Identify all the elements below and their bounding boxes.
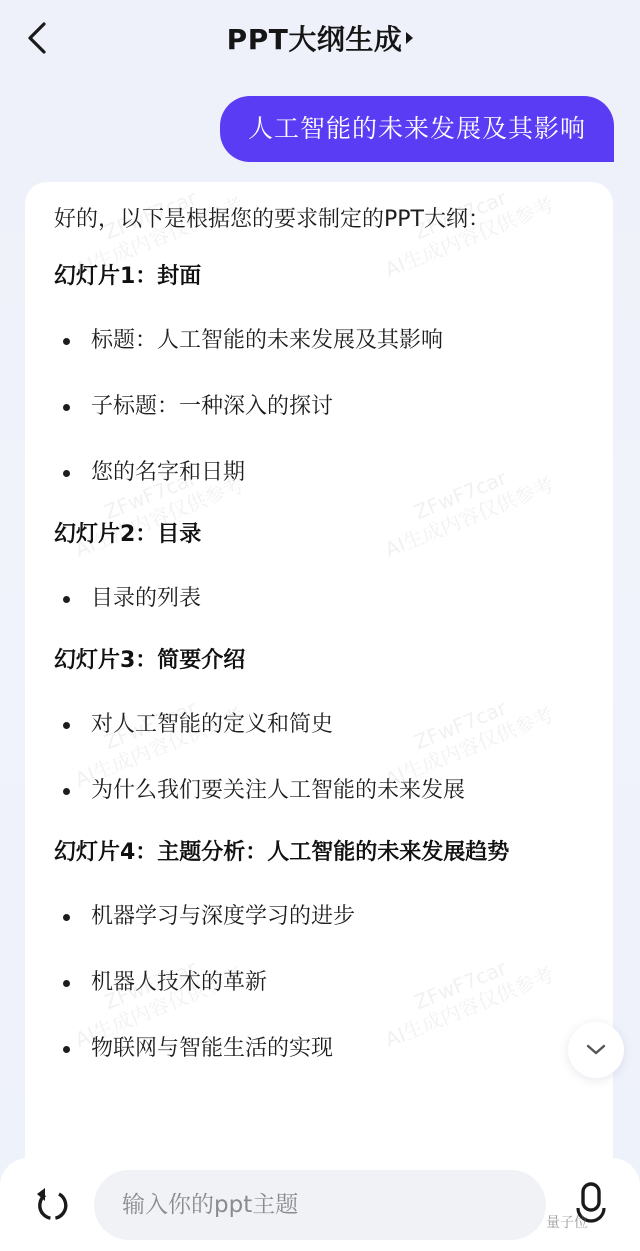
list-item: 机器人技术的革新 [54,966,594,1000]
title-dropdown[interactable]: PPT大纲生成 [0,18,640,58]
user-message-bubble: 人工智能的未来发展及其影响 [220,96,614,162]
slide-title: 幻灯片2：目录 [54,516,594,554]
list-item: 物联网与智能生活的实现 [54,1032,594,1066]
brand-watermark: 量子位 [546,1212,588,1232]
topic-input[interactable] [94,1170,546,1240]
slide-title: 幻灯片4：主题分析：人工智能的未来发展趋势 [54,834,594,872]
slide-title: 幻灯片1：封面 [54,258,594,296]
list-item: 您的名字和日期 [54,456,594,490]
list-item: 标题：人工智能的未来发展及其影响 [54,324,594,358]
list-item: 对人工智能的定义和简史 [54,708,594,742]
answer-intro: 好的，以下是根据您的要求制定的PPT大纲： [54,200,594,240]
slide-title: 幻灯片3：简要介绍 [54,642,594,680]
input-bar: 量子位 [0,1158,640,1251]
refresh-button[interactable] [32,1182,72,1226]
chevron-down-icon [584,1042,608,1058]
caret-right-icon [406,32,413,44]
answer-content: 好的，以下是根据您的要求制定的PPT大纲： 幻灯片1：封面 标题：人工智能的未来… [54,200,594,1066]
list-item: 子标题：一种深入的探讨 [54,390,594,424]
list-item: 为什么我们要关注人工智能的未来发展 [54,774,594,808]
ppt-outline-page: PPT大纲生成 人工智能的未来发展及其影响 ZFwF7carAI生成内容仅供参考… [0,0,640,1251]
list-item: 目录的列表 [54,582,594,616]
refresh-icon [32,1182,72,1226]
page-title: PPT大纲生成 [227,18,403,58]
scroll-to-bottom-button[interactable] [568,1022,624,1078]
answer-card: ZFwF7carAI生成内容仅供参考 ZFwF7carAI生成内容仅供参考 ZF… [25,182,613,1182]
header: PPT大纲生成 [0,0,640,76]
list-item: 机器学习与深度学习的进步 [54,900,594,934]
